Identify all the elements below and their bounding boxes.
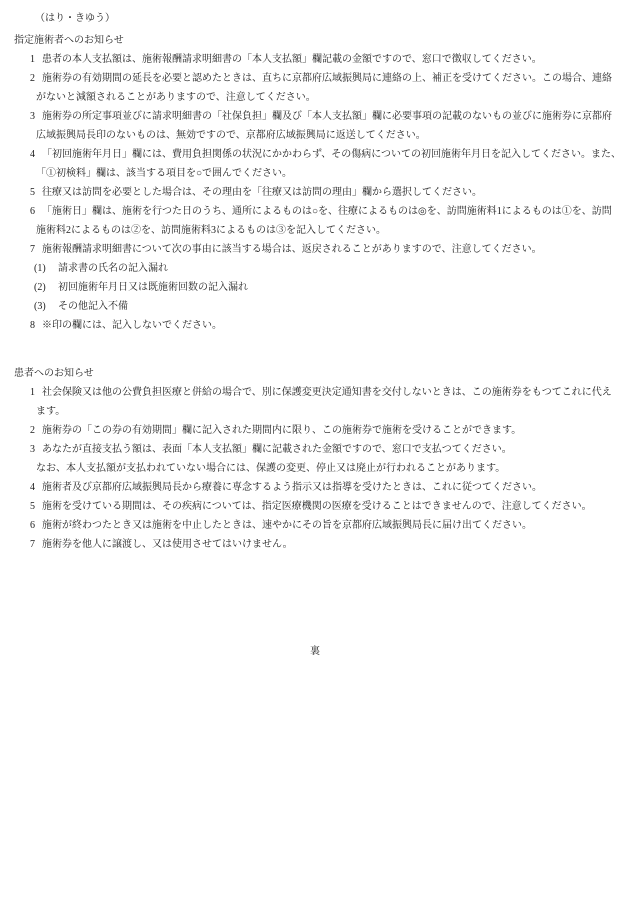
notice-line: 1患者の本人支払額は、施術報酬請求明細書の「本人支払額」欄記載の金額ですので、窓… (0, 50, 630, 69)
notice-line: なお、本人支払額が支払われていない場合には、保護の変更、停止又は廃止が行われるこ… (0, 459, 630, 478)
item-text: 社会保険又は他の公費負担医療と併給の場合で、別に保護変更決定通知書を交付しないと… (42, 387, 612, 398)
item-text: 「施術日」欄は、施術を行つた日のうち、通所によるものは○を、往療によるものは◎を… (42, 206, 612, 217)
item-number: 6 (30, 202, 35, 221)
item-number: 2 (30, 421, 35, 440)
item-text: 施術料2によるものは②を、訪問施術料3によるものは③を記入してください。 (36, 225, 386, 236)
item-text: なお、本人支払額が支払われていない場合には、保護の変更、停止又は廃止が行われるこ… (36, 463, 505, 474)
notice-section: 指定施術者へのお知らせ1患者の本人支払額は、施術報酬請求明細書の「本人支払額」欄… (0, 31, 630, 335)
item-text: 施術券を他人に譲渡し、又は使用させてはいけません。 (42, 539, 293, 550)
notice-subitem-line: (1)請求書の氏名の記入漏れ (0, 259, 630, 278)
item-number: 5 (30, 497, 35, 516)
item-text: あなたが直接支払う額は、表面「本人支払額」欄に記載された金額ですので、窓口で支払… (42, 444, 512, 455)
document-title: （はり・きゆう） (0, 9, 630, 28)
item-number: 7 (30, 535, 35, 554)
item-text: 「①初検料」欄は、該当する項目を○で囲んでください。 (36, 168, 292, 179)
subitem-text: 初回施術年月日又は既施術回数の記入漏れ (58, 282, 248, 293)
notice-line: 5施術を受けている期間は、その疾病については、指定医療機関の医療を受けることはで… (0, 497, 630, 516)
subitem-number: (2) (34, 278, 46, 297)
item-text: 「初回施術年月日」欄には、費用負担関係の状況にかかわらず、その傷病についての初回… (42, 149, 621, 160)
item-number: 3 (30, 440, 35, 459)
item-text: 施術券の「この券の有効期間」欄に記入された期間内に限り、この施術券で施術を受ける… (42, 425, 521, 436)
notice-line: 7施術券を他人に譲渡し、又は使用させてはいけません。 (0, 535, 630, 554)
subitem-number: (1) (34, 259, 46, 278)
item-number: 7 (30, 240, 35, 259)
item-number: 6 (30, 516, 35, 535)
item-text: ※印の欄には、記入しないでください。 (42, 320, 222, 331)
notice-line: がないと減額されることがありますので、注意してください。 (0, 88, 630, 107)
notice-line: 広域振興局長印のないものは、無効ですので、京都府広域振興局に返送してください。 (0, 126, 630, 145)
notice-line: 5往療又は訪問を必要とした場合は、その理由を「往療又は訪問の理由」欄から選択して… (0, 183, 630, 202)
notice-subitem-line: (3)その他記入不備 (0, 297, 630, 316)
document-page: （はり・きゆう） 指定施術者へのお知らせ1患者の本人支払額は、施術報酬請求明細書… (0, 0, 630, 903)
notice-line: 施術料2によるものは②を、訪問施術料3によるものは③を記入してください。 (0, 221, 630, 240)
item-number: 3 (30, 107, 35, 126)
notice-line: 2施術券の有効期間の延長を必要と認めたときは、直ちに京都府広域振興局に連絡の上、… (0, 69, 630, 88)
item-number: 1 (30, 50, 35, 69)
notice-line: 8※印の欄には、記入しないでください。 (0, 316, 630, 335)
subitem-text: 請求書の氏名の記入漏れ (58, 263, 168, 274)
subitem-text: その他記入不備 (58, 301, 128, 312)
item-text: がないと減額されることがありますので、注意してください。 (36, 92, 316, 103)
item-text: 施術が終わつたとき又は施術を中止したときは、速やかにその旨を京都府広域振興局長に… (42, 520, 532, 531)
item-number: 4 (30, 145, 35, 164)
item-number: 4 (30, 478, 35, 497)
notice-subitem-line: (2)初回施術年月日又は既施術回数の記入漏れ (0, 278, 630, 297)
item-text: 施術報酬請求明細書について次の事由に該当する場合は、返戻されることがありますので… (42, 244, 542, 255)
notice-line: 1社会保険又は他の公費負担医療と併給の場合で、別に保護変更決定通知書を交付しない… (0, 383, 630, 402)
notice-line: 2施術券の「この券の有効期間」欄に記入された期間内に限り、この施術券で施術を受け… (0, 421, 630, 440)
notice-section: 患者へのお知らせ1社会保険又は他の公費負担医療と併給の場合で、別に保護変更決定通… (0, 364, 630, 554)
item-text: 施術券の所定事項並びに請求明細書の「社保負担」欄及び「本人支払額」欄に必要事項の… (42, 111, 612, 122)
item-text: 施術券の有効期間の延長を必要と認めたときは、直ちに京都府広域振興局に連絡の上、補… (42, 73, 612, 84)
notice-line: 4「初回施術年月日」欄には、費用負担関係の状況にかかわらず、その傷病についての初… (0, 145, 630, 164)
subitem-number: (3) (34, 297, 46, 316)
item-number: 1 (30, 383, 35, 402)
back-side-label: 裏 (0, 642, 630, 661)
item-number: 2 (30, 69, 35, 88)
item-number: 8 (30, 316, 35, 335)
sections-container: 指定施術者へのお知らせ1患者の本人支払額は、施術報酬請求明細書の「本人支払額」欄… (0, 31, 630, 554)
item-text: 患者の本人支払額は、施術報酬請求明細書の「本人支払額」欄記載の金額ですので、窓口… (42, 54, 542, 65)
notice-line: 6「施術日」欄は、施術を行つた日のうち、通所によるものは○を、往療によるものは◎… (0, 202, 630, 221)
item-number: 5 (30, 183, 35, 202)
notice-line: 4施術者及び京都府広域振興局長から療養に専念するよう指示又は指導を受けたときは、… (0, 478, 630, 497)
notice-line: 3あなたが直接支払う額は、表面「本人支払額」欄に記載された金額ですので、窓口で支… (0, 440, 630, 459)
item-text: 施術者及び京都府広域振興局長から療養に専念するよう指示又は指導を受けたときは、こ… (42, 482, 542, 493)
notice-line: ます。 (0, 402, 630, 421)
notice-line: 7施術報酬請求明細書について次の事由に該当する場合は、返戻されることがありますの… (0, 240, 630, 259)
section-heading: 患者へのお知らせ (0, 364, 630, 383)
item-text: 往療又は訪問を必要とした場合は、その理由を「往療又は訪問の理由」欄から選択してく… (42, 187, 482, 198)
item-text: ます。 (36, 406, 65, 417)
notice-line: 「①初検料」欄は、該当する項目を○で囲んでください。 (0, 164, 630, 183)
item-text: 広域振興局長印のないものは、無効ですので、京都府広域振興局に返送してください。 (36, 130, 426, 141)
item-text: 施術を受けている期間は、その疾病については、指定医療機関の医療を受けることはでき… (42, 501, 592, 512)
notice-line: 3施術券の所定事項並びに請求明細書の「社保負担」欄及び「本人支払額」欄に必要事項… (0, 107, 630, 126)
notice-line: 6施術が終わつたとき又は施術を中止したときは、速やかにその旨を京都府広域振興局長… (0, 516, 630, 535)
section-heading: 指定施術者へのお知らせ (0, 31, 630, 50)
